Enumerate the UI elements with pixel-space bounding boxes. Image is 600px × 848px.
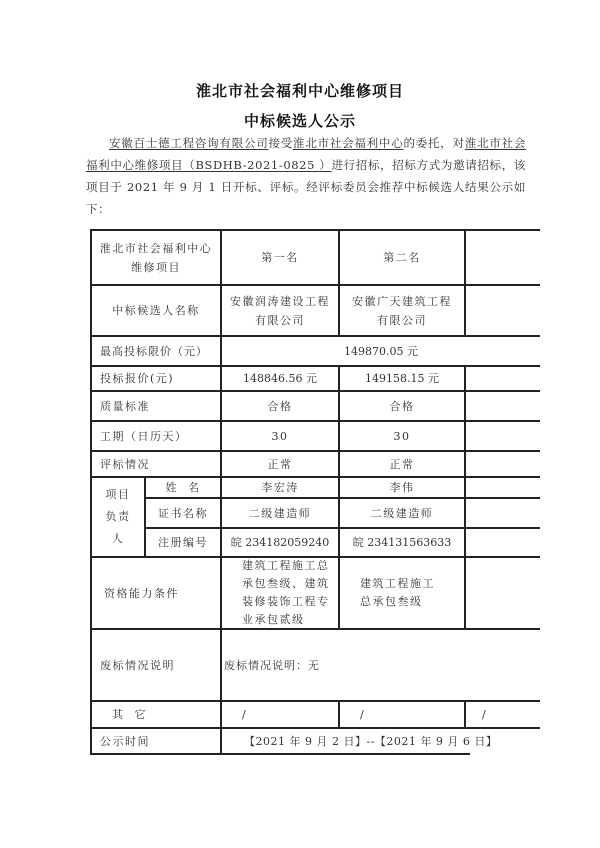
candidate1-qualification: 建筑工程施工总承包叁级、建筑装修装饰工程专业承包贰级 (222, 558, 338, 628)
label-lead-name: 姓 名 (146, 478, 220, 497)
intro-paragraph: 安徽百士德工程咨询有限公司接受淮北市社会福利中心的委托，对淮北市社会福利中心维修… (86, 132, 526, 220)
table-border (90, 753, 470, 755)
candidate1-lead-reg-no: 皖 234182059240 (222, 529, 338, 556)
candidate1-other: / (222, 702, 338, 727)
candidate2-quality: 合格 (340, 392, 464, 420)
document-subtitle: 中标候选人公示 (0, 110, 600, 131)
intro-text: 接受 (269, 136, 294, 150)
label-qualification: 资格能力条件 (92, 558, 220, 628)
candidate3-other: / (466, 702, 540, 727)
candidate3-name (466, 286, 540, 335)
label-other: 其 它 (92, 702, 220, 727)
header-project-name: 淮北市社会福利中心维修项目 (92, 231, 220, 284)
label-duration: 工期（日历天） (92, 422, 220, 450)
disqualified-value: 废标情况说明：无 (222, 630, 540, 700)
candidate2-duration: 30 (340, 422, 464, 450)
agency-name: 安徽百士德工程咨询有限公司 (109, 136, 269, 150)
candidate1-quality: 合格 (222, 392, 338, 420)
header-rank3 (466, 231, 540, 284)
label-disqualified: 废标情况说明 (92, 630, 220, 700)
candidate3-evaluation (466, 452, 540, 476)
label-evaluation: 评标情况 (92, 452, 220, 476)
candidate1-name: 安徽润涛建设工程有限公司 (222, 286, 338, 335)
client-name: 淮北市社会福利中心 (293, 136, 403, 150)
candidate2-evaluation: 正常 (340, 452, 464, 476)
candidate2-lead-cert: 二级建造师 (340, 499, 464, 527)
candidate3-lead-cert (466, 499, 540, 527)
candidate3-lead-reg-no (466, 529, 540, 556)
candidate1-evaluation: 正常 (222, 452, 338, 476)
header-rank2: 第二名 (340, 231, 464, 284)
candidate2-name: 安徽广天建筑工程有限公司 (340, 286, 464, 335)
candidate2-lead-reg-no: 皖 234131563633 (340, 529, 464, 556)
notice-time-value: 【2021 年 9 月 2 日】--【2021 年 9 月 6 日】 (222, 729, 540, 753)
label-lead-reg-no: 注册编号 (146, 529, 220, 556)
label-project-lead: 项目负责人 (92, 478, 144, 556)
candidate2-qualification: 建筑工程施工总承包叁级 (340, 558, 464, 628)
candidate3-lead-name (466, 478, 540, 497)
label-quality: 质量标准 (92, 392, 220, 420)
document-title: 淮北市社会福利中心维修项目 (0, 80, 600, 101)
label-bid-price: 投标报价(元) (92, 367, 220, 390)
candidate1-lead-name: 李宏涛 (222, 478, 338, 497)
intro-text: 的委托，对 (403, 136, 464, 150)
candidate2-bid-price: 149158.15 元 (340, 367, 464, 390)
candidate3-qualification (466, 558, 540, 628)
candidate1-duration: 30 (222, 422, 338, 450)
label-notice-time: 公示时间 (92, 729, 220, 753)
candidate3-duration (466, 422, 540, 450)
max-price-value: 149870.05 元 (222, 337, 540, 365)
candidate3-quality (466, 392, 540, 420)
candidate1-bid-price: 148846.56 元 (222, 367, 338, 390)
header-rank1: 第一名 (222, 231, 338, 284)
candidate1-lead-cert: 二级建造师 (222, 499, 338, 527)
candidate2-lead-name: 李伟 (340, 478, 464, 497)
candidate2-other: / (340, 702, 464, 727)
candidate3-bid-price (466, 367, 540, 390)
label-max-price: 最高投标限价（元） (92, 337, 220, 365)
label-lead-cert: 证书名称 (146, 499, 220, 527)
label-candidate-name: 中标候选人名称 (92, 286, 220, 335)
